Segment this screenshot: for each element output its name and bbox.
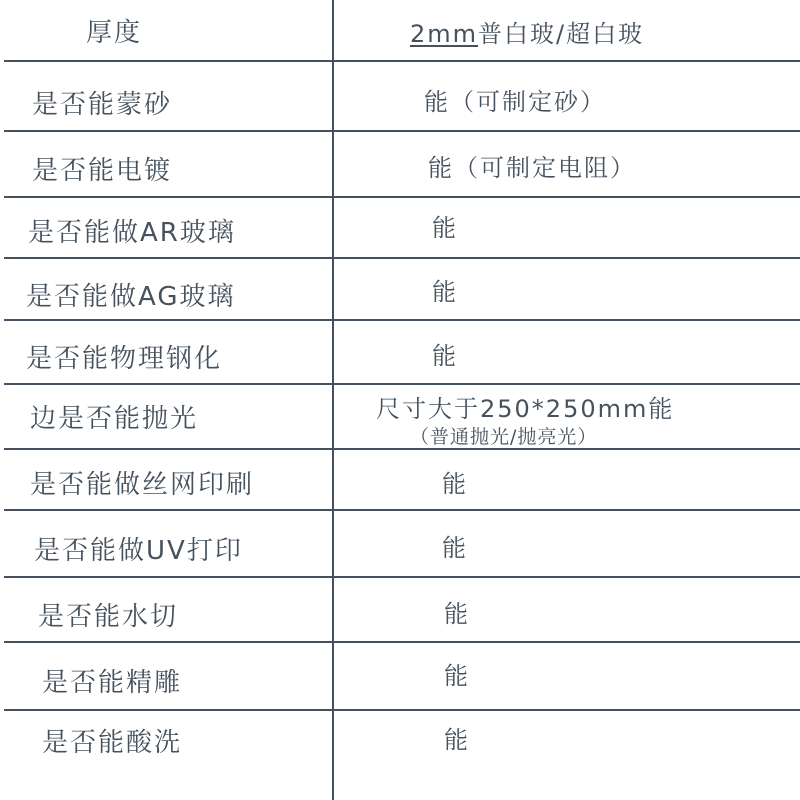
row-value: 能 (432, 272, 458, 307)
header-value: 2mm普白玻/超白玻 (410, 14, 644, 49)
column-divider (332, 0, 334, 800)
row-label: 边是否能抛光 (30, 398, 198, 435)
row-divider (4, 383, 800, 385)
row-value: 能（可制定砂） (424, 82, 606, 117)
glass-type: 普白玻/超白玻 (478, 20, 644, 48)
row-divider (4, 319, 800, 321)
row-divider (4, 709, 800, 711)
row-divider (4, 576, 800, 578)
row-label: 是否能做丝网印刷 (30, 464, 254, 501)
row-divider (4, 448, 800, 450)
row-value: 能 (444, 594, 470, 629)
header-label: 厚度 (86, 12, 142, 49)
row-label: 是否能做UV打印 (34, 530, 243, 567)
row-label: 是否能水切 (38, 596, 178, 633)
row-value: 能 (432, 208, 458, 243)
row-divider (4, 196, 800, 198)
row-value: 能 (432, 336, 458, 371)
row-value: 尺寸大于250*250mm能 (376, 389, 674, 424)
row-divider (4, 641, 800, 643)
row-value: 能 (444, 656, 470, 691)
row-label: 是否能做AG玻璃 (26, 276, 235, 313)
row-label: 是否能精雕 (42, 662, 182, 699)
row-divider (4, 130, 800, 132)
row-value: 能 (444, 720, 470, 755)
row-divider (4, 257, 800, 259)
row-label: 是否能电镀 (32, 150, 172, 187)
row-label: 是否能物理钢化 (26, 338, 222, 375)
row-value: 能 (442, 528, 468, 563)
thickness-value: 2mm (410, 20, 478, 48)
row-value: 能（可制定电阻） (428, 148, 636, 183)
row-divider (4, 509, 800, 511)
row-divider (4, 60, 800, 62)
row-value: 能 (442, 464, 468, 499)
row-value-note: （普通抛光/抛亮光） (410, 422, 597, 449)
row-label: 是否能酸洗 (42, 722, 182, 759)
row-label: 是否能蒙砂 (32, 84, 172, 121)
row-label: 是否能做AR玻璃 (28, 212, 236, 249)
